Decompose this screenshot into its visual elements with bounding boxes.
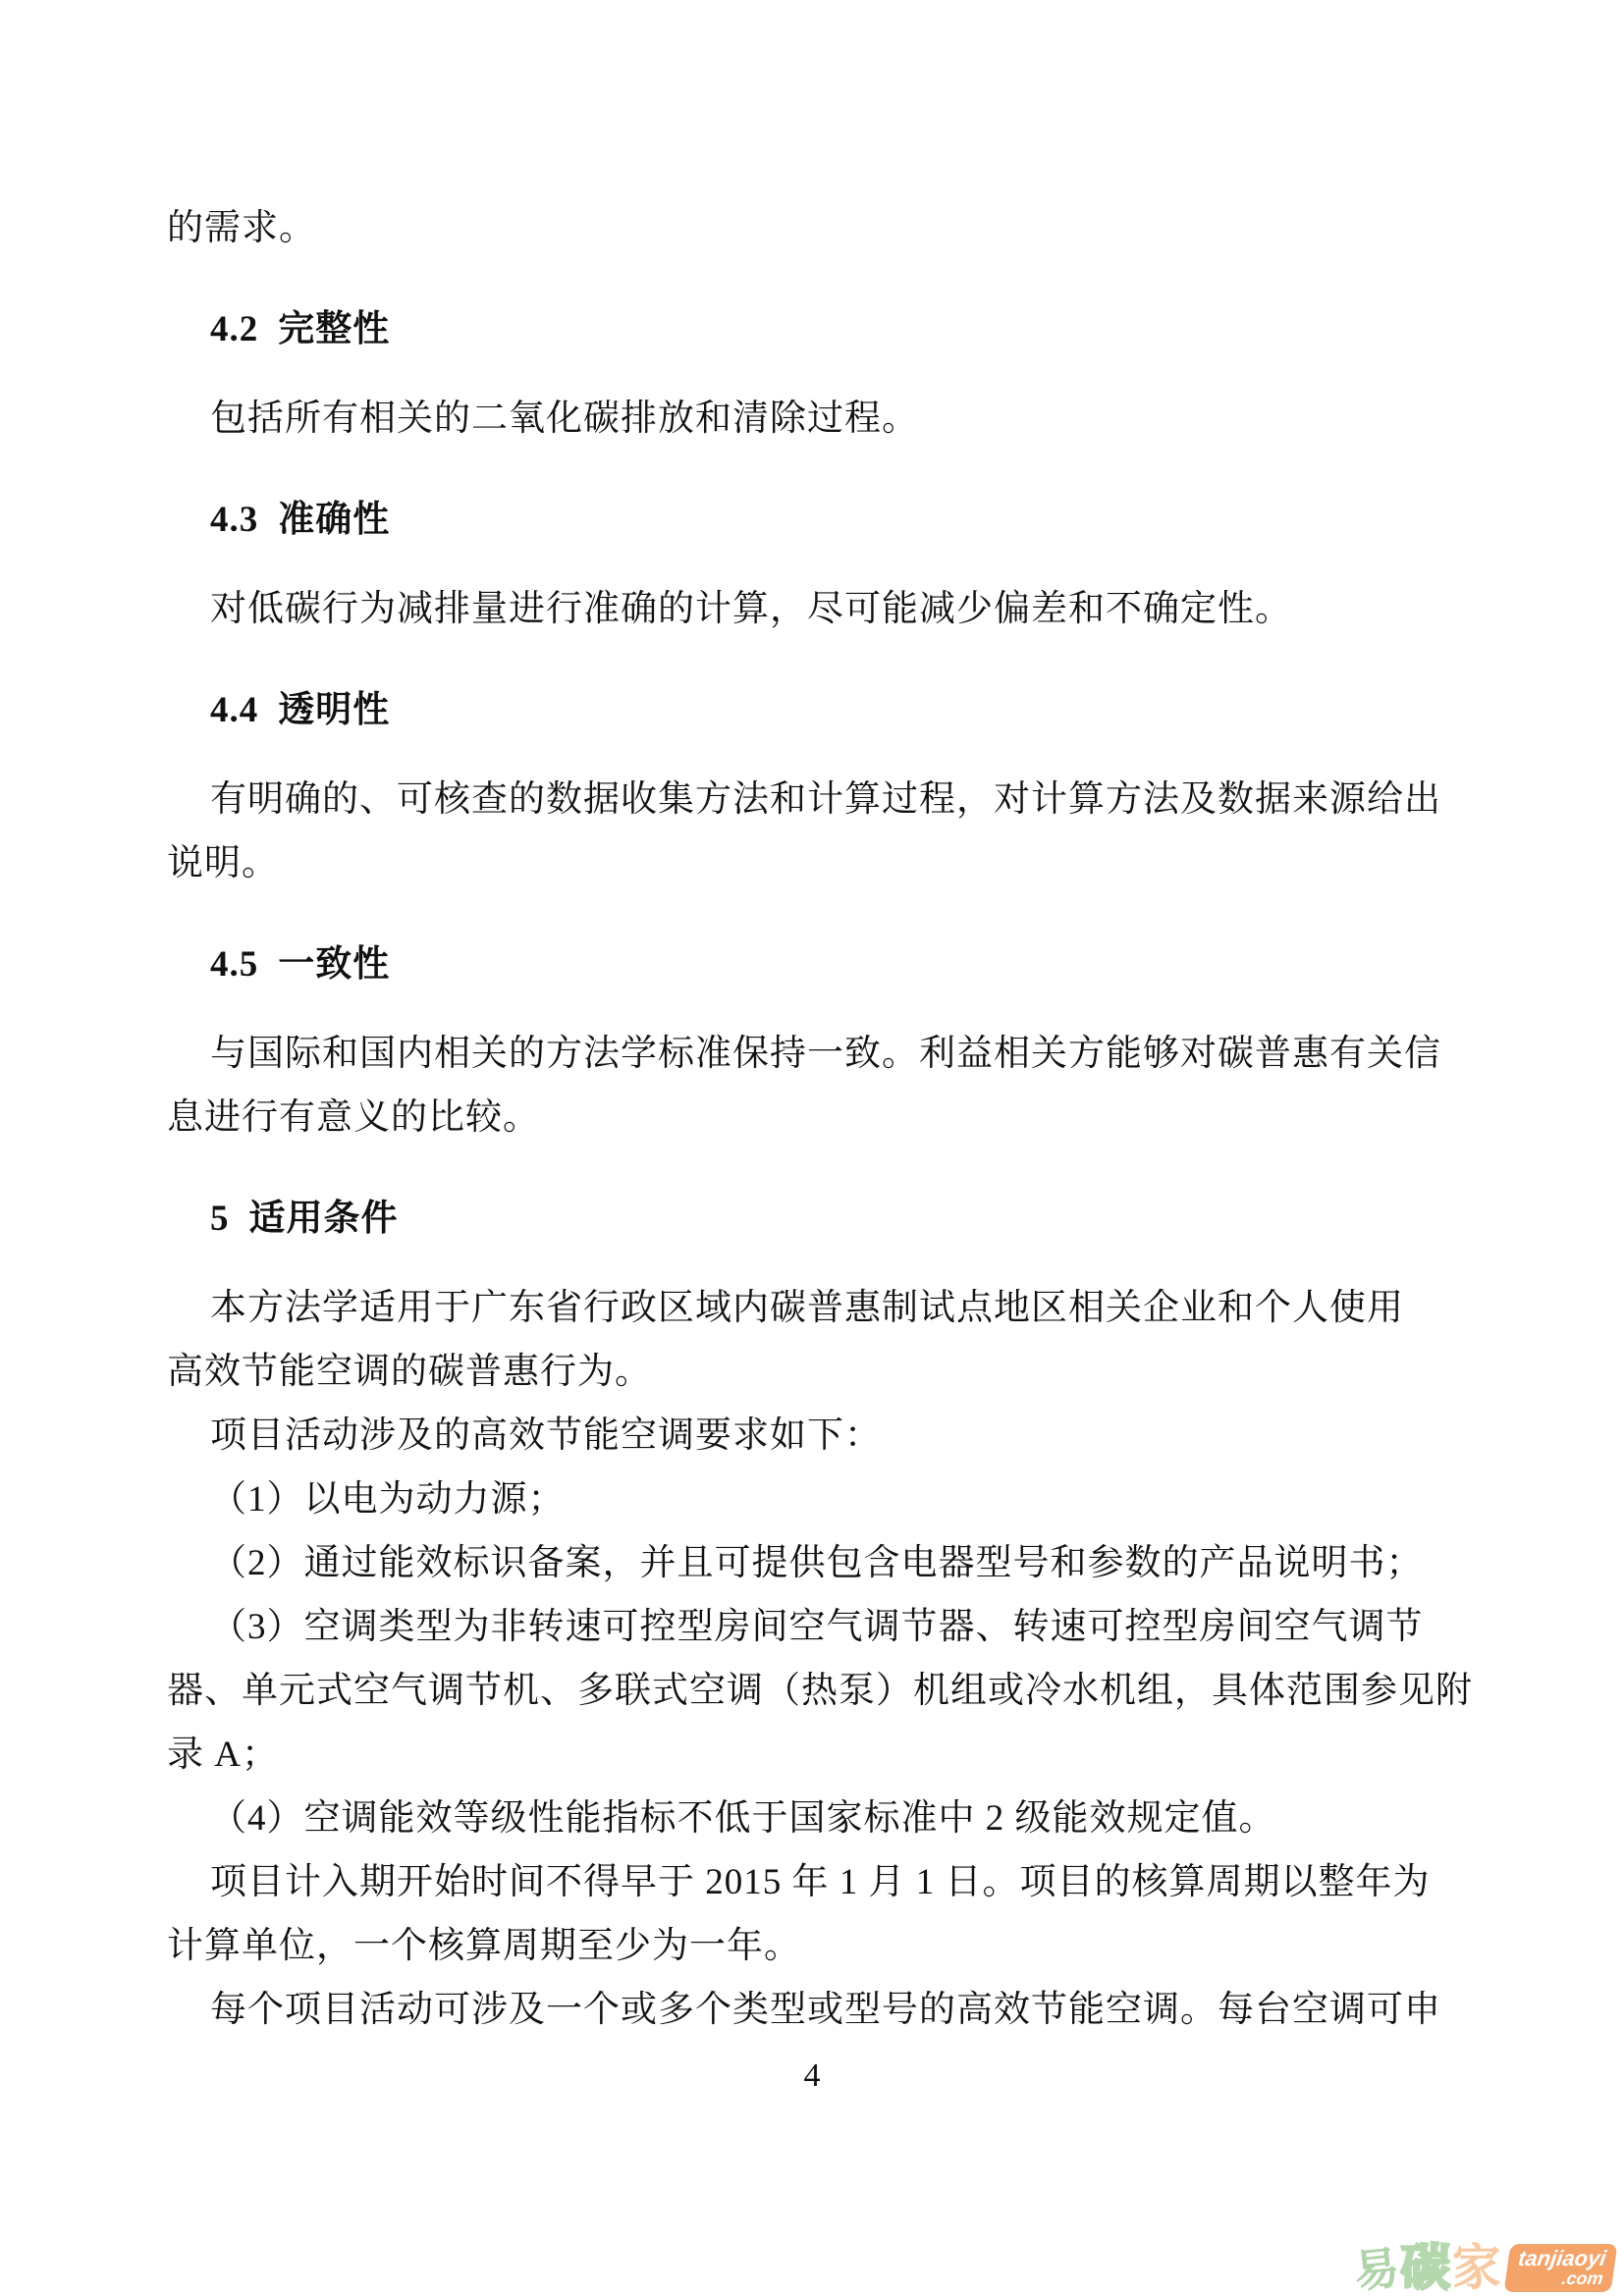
- section-title: 一致性: [278, 944, 390, 985]
- document-body: 的需求。 4.2完整性 包括所有相关的二氧化碳排放和清除过程。 4.3准确性 对…: [167, 196, 1463, 2042]
- section-number: 4.4: [210, 690, 258, 730]
- section-number: 5: [210, 1199, 230, 1239]
- text-line: 计算单位，一个核算周期至少为一年。: [167, 1914, 1463, 1978]
- text-line: 与国际和国内相关的方法学标准保持一致。利益相关方能够对碳普惠有关信: [167, 1022, 1463, 1086]
- section-number: 4.3: [210, 500, 258, 540]
- text-line: 项目计入期开始时间不得早于 2015 年 1 月 1 日。项目的核算周期以整年为: [167, 1850, 1463, 1914]
- text-line: 器、单元式空气调节机、多联式空调（热泵）机组或冷水机组，具体范围参见附: [167, 1659, 1463, 1723]
- document-page: { "document": { "page_number": "4", "lin…: [0, 0, 1624, 2296]
- text-line: 包括所有相关的二氧化碳排放和清除过程。: [167, 387, 1463, 451]
- watermark-char-jia: 家: [1452, 2243, 1501, 2292]
- section-heading-5: 5适用条件: [167, 1187, 1463, 1251]
- watermark-domain-badge: tanjiaoyi .com: [1503, 2244, 1617, 2292]
- text-line: 有明确的、可核查的数据收集方法和计算过程，对计算方法及数据来源给出: [167, 768, 1463, 831]
- watermark-char-tan: 碳: [1401, 2243, 1450, 2292]
- section-title: 准确性: [278, 500, 390, 540]
- section-heading-4-3: 4.3准确性: [167, 488, 1463, 552]
- text-line: 的需求。: [167, 196, 1463, 260]
- watermark-char-yi: 易: [1351, 2245, 1401, 2295]
- list-item-3: （3）空调类型为非转速可控型房间空气调节器、转速可控型房间空气调节: [167, 1595, 1463, 1659]
- text-line: 说明。: [167, 831, 1463, 895]
- section-number: 4.5: [210, 944, 258, 985]
- section-heading-4-5: 4.5一致性: [167, 933, 1463, 996]
- section-number: 4.2: [210, 309, 258, 349]
- list-item-4: （4）空调能效等级性能指标不低于国家标准中 2 级能效规定值。: [167, 1787, 1463, 1850]
- text-line: 对低碳行为减排量进行准确的计算，尽可能减少偏差和不确定性。: [167, 577, 1463, 641]
- watermark-logo: 易 碳 家 tanjiaoyi .com: [1354, 2243, 1614, 2292]
- text-line: 每个项目活动可涉及一个或多个类型或型号的高效节能空调。每台空调可申: [167, 1978, 1463, 2042]
- page-number: 4: [0, 2056, 1624, 2096]
- list-item-2: （2）通过能效标识备案，并且可提供包含电器型号和参数的产品说明书；: [167, 1531, 1463, 1595]
- text-line: 录 A；: [167, 1723, 1463, 1787]
- watermark-domain-name: tanjiaoyi: [1517, 2248, 1607, 2269]
- section-title: 透明性: [278, 690, 390, 730]
- section-heading-4-4: 4.4透明性: [167, 678, 1463, 742]
- text-line: 息进行有意义的比较。: [167, 1086, 1463, 1149]
- section-title: 适用条件: [249, 1199, 399, 1239]
- watermark-domain-tld: .com: [1514, 2269, 1604, 2287]
- text-line: 项目活动涉及的高效节能空调要求如下：: [167, 1404, 1463, 1468]
- list-item-1: （1）以电为动力源；: [167, 1468, 1463, 1531]
- section-title: 完整性: [278, 309, 390, 349]
- text-line: 高效节能空调的碳普惠行为。: [167, 1340, 1463, 1404]
- text-line: 本方法学适用于广东省行政区域内碳普惠制试点地区相关企业和个人使用: [167, 1276, 1463, 1340]
- section-heading-4-2: 4.2完整性: [167, 297, 1463, 361]
